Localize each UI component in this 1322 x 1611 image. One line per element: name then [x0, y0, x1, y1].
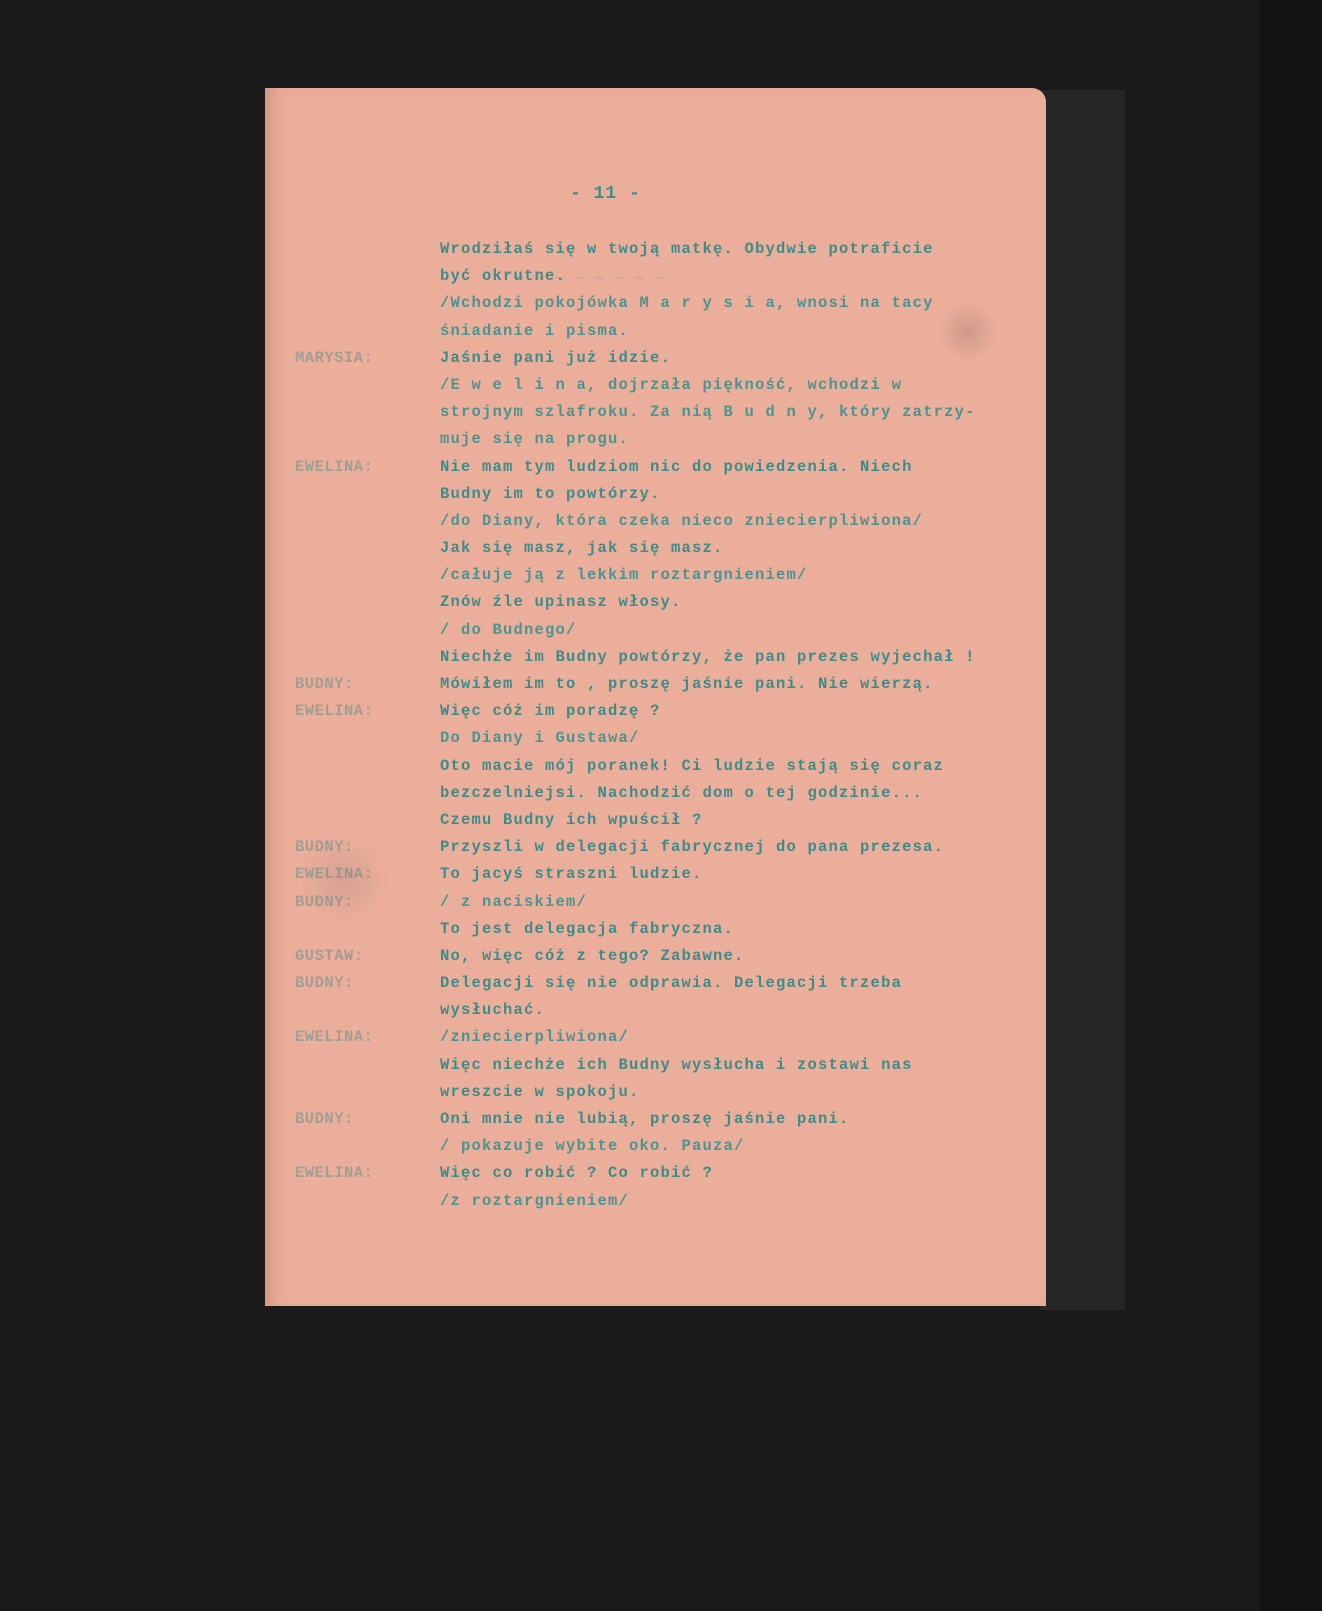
speaker-label [295, 318, 440, 345]
script-line: BUDNY:Oni mnie nie lubią, proszę jaśnie … [295, 1106, 1035, 1133]
speaker-label [295, 807, 440, 834]
speaker-label [295, 290, 440, 317]
stage-direction: / z naciskiem/ [440, 889, 587, 916]
dialogue-text: To jacyś straszni ludzie. [440, 861, 703, 888]
stage-direction: / pokazuje wybite oko. Pauza/ [440, 1133, 745, 1160]
stage-direction: muje się na progu. [440, 426, 629, 453]
speaker-label: EWELINA: [295, 861, 440, 888]
speaker-label: EWELINA: [295, 1160, 440, 1187]
speaker-label [295, 535, 440, 562]
dialogue-text: Mówiłem im to , proszę jaśnie pani. Nie … [440, 671, 934, 698]
dialogue-text: Jak się masz, jak się masz. [440, 535, 724, 562]
stage-direction: /Wchodzi pokojówka M a r y s i a, wnosi … [440, 290, 934, 317]
script-line: Więc niechże ich Budny wysłucha i zostaw… [295, 1052, 1035, 1079]
dialogue-text: Budny im to powtórzy. [440, 481, 661, 508]
dialogue-text: No, więc cóż z tego? Zabawne. [440, 943, 745, 970]
stage-direction: Do Diany i Gustawa/ [440, 725, 640, 752]
dialogue-text: bezczelniejsi. Nachodzić dom o tej godzi… [440, 780, 923, 807]
dialogue-text: Jaśnie pani już idzie. [440, 345, 671, 372]
script-line: / do Budnego/ [295, 617, 1035, 644]
speaker-label [295, 589, 440, 616]
script-line: wysłuchać. [295, 997, 1035, 1024]
script-line: EWELINA:Nie mam tym ludziom nic do powie… [295, 454, 1035, 481]
script-line: BUDNY:/ z naciskiem/ [295, 889, 1035, 916]
speaker-label [295, 1052, 440, 1079]
speaker-label: EWELINA: [295, 1024, 440, 1051]
script-line: BUDNY:Delegacji się nie odprawia. Delega… [295, 970, 1035, 997]
script-line: Jak się masz, jak się masz. [295, 535, 1035, 562]
dialogue-text: Nie mam tym ludziom nic do powiedzenia. … [440, 454, 913, 481]
stage-direction: /całuje ją z lekkim roztargnieniem/ [440, 562, 808, 589]
stage-direction: /do Diany, która czeka nieco zniecierpli… [440, 508, 923, 535]
script-line: Niechże im Budny powtórzy, że pan prezes… [295, 644, 1035, 671]
speaker-label: BUDNY: [295, 1106, 440, 1133]
dialogue-text: Znów źle upinasz włosy. [440, 589, 682, 616]
script-line: MARYSIA:Jaśnie pani już idzie. [295, 345, 1035, 372]
speaker-label: BUDNY: [295, 834, 440, 861]
dialogue-text: Oto macie mój poranek! Ci ludzie stają s… [440, 753, 944, 780]
speaker-label: BUDNY: [295, 889, 440, 916]
script-line: Czemu Budny ich wpuścił ? [295, 807, 1035, 834]
speaker-label [295, 780, 440, 807]
script-line: EWELINA:To jacyś straszni ludzie. [295, 861, 1035, 888]
script-line: GUSTAW:No, więc cóż z tego? Zabawne. [295, 943, 1035, 970]
speaker-label [295, 236, 440, 263]
script-line: To jest delegacja fabryczna. [295, 916, 1035, 943]
speaker-label [295, 725, 440, 752]
script-line: BUDNY:Przyszli w delegacji fabrycznej do… [295, 834, 1035, 861]
script-line: EWELINA:Więc cóż im poradzę ? [295, 698, 1035, 725]
speaker-label [295, 481, 440, 508]
script-line: /Wchodzi pokojówka M a r y s i a, wnosi … [295, 290, 1035, 317]
play-script-body: Wrodziłaś się w twoją matkę. Obydwie pot… [295, 236, 1035, 1215]
dialogue-text: To jest delegacja fabryczna. [440, 916, 734, 943]
script-line: /z roztargnieniem/ [295, 1188, 1035, 1215]
speaker-label [295, 1079, 440, 1106]
scanner-backdrop-edge [1260, 0, 1322, 1611]
speaker-label [295, 997, 440, 1024]
dialogue-text: Więc niechże ich Budny wysłucha i zostaw… [440, 1052, 913, 1079]
speaker-label [295, 508, 440, 535]
speaker-label [295, 426, 440, 453]
stage-direction: /E w e l i n a, dojrzała piękność, wchod… [440, 372, 902, 399]
script-line: /do Diany, która czeka nieco zniecierpli… [295, 508, 1035, 535]
speaker-label [295, 562, 440, 589]
speaker-label: EWELINA: [295, 454, 440, 481]
page-number: - 11 - [570, 184, 641, 204]
speaker-label [295, 399, 440, 426]
script-line: Oto macie mój poranek! Ci ludzie stają s… [295, 753, 1035, 780]
scanner-backdrop-strip [1040, 90, 1125, 1310]
script-line: strojnym szlafroku. Za nią B u d n y, kt… [295, 399, 1035, 426]
script-line: /całuje ją z lekkim roztargnieniem/ [295, 562, 1035, 589]
speaker-label [295, 263, 440, 290]
dialogue-text: wysłuchać. [440, 997, 545, 1024]
script-line: EWELINA:/zniecierpliwiona/ [295, 1024, 1035, 1051]
speaker-label: MARYSIA: [295, 345, 440, 372]
script-line: /E w e l i n a, dojrzała piękność, wchod… [295, 372, 1035, 399]
speaker-label [295, 1188, 440, 1215]
script-line: / pokazuje wybite oko. Pauza/ [295, 1133, 1035, 1160]
speaker-label [295, 1133, 440, 1160]
stage-direction: /zniecierpliwiona/ [440, 1024, 629, 1051]
script-line: Wrodziłaś się w twoją matkę. Obydwie pot… [295, 236, 1035, 263]
script-line: EWELINA:Więc co robić ? Co robić ? [295, 1160, 1035, 1187]
dialogue-text: Delegacji się nie odprawia. Delegacji tr… [440, 970, 902, 997]
speaker-label [295, 916, 440, 943]
dialogue-text: Więc cóż im poradzę ? [440, 698, 661, 725]
dialogue-text: Wrodziłaś się w twoją matkę. Obydwie pot… [440, 236, 934, 263]
dialogue-text: Więc co robić ? Co robić ? [440, 1160, 713, 1187]
dialogue-text: być okrutne. [440, 263, 566, 290]
script-line: Budny im to powtórzy. [295, 481, 1035, 508]
script-line: muje się na progu. [295, 426, 1035, 453]
typescript-page: - 11 - ~ ~ ~ ~ ~ ~ ~ ~ Wrodziłaś się w t… [265, 88, 1046, 1306]
speaker-label: BUDNY: [295, 970, 440, 997]
stage-direction: śniadanie i pisma. [440, 318, 629, 345]
speaker-label [295, 644, 440, 671]
speaker-label [295, 617, 440, 644]
stage-direction: strojnym szlafroku. Za nią B u d n y, kt… [440, 399, 976, 426]
script-line: śniadanie i pisma. [295, 318, 1035, 345]
speaker-label: EWELINA: [295, 698, 440, 725]
stage-direction: / do Budnego/ [440, 617, 577, 644]
dialogue-text: Niechże im Budny powtórzy, że pan prezes… [440, 644, 976, 671]
speaker-label [295, 372, 440, 399]
speaker-label: BUDNY: [295, 671, 440, 698]
dialogue-text: Oni mnie nie lubią, proszę jaśnie pani. [440, 1106, 850, 1133]
script-line: Znów źle upinasz włosy. [295, 589, 1035, 616]
speaker-label: GUSTAW: [295, 943, 440, 970]
script-line: wreszcie w spokoju. [295, 1079, 1035, 1106]
script-line: bezczelniejsi. Nachodzić dom o tej godzi… [295, 780, 1035, 807]
script-line: Do Diany i Gustawa/ [295, 725, 1035, 752]
script-line: być okrutne. [295, 263, 1035, 290]
dialogue-text: Przyszli w delegacji fabrycznej do pana … [440, 834, 944, 861]
dialogue-text: wreszcie w spokoju. [440, 1079, 640, 1106]
stage-direction: /z roztargnieniem/ [440, 1188, 629, 1215]
speaker-label [295, 753, 440, 780]
dialogue-text: Czemu Budny ich wpuścił ? [440, 807, 703, 834]
script-line: BUDNY:Mówiłem im to , proszę jaśnie pani… [295, 671, 1035, 698]
